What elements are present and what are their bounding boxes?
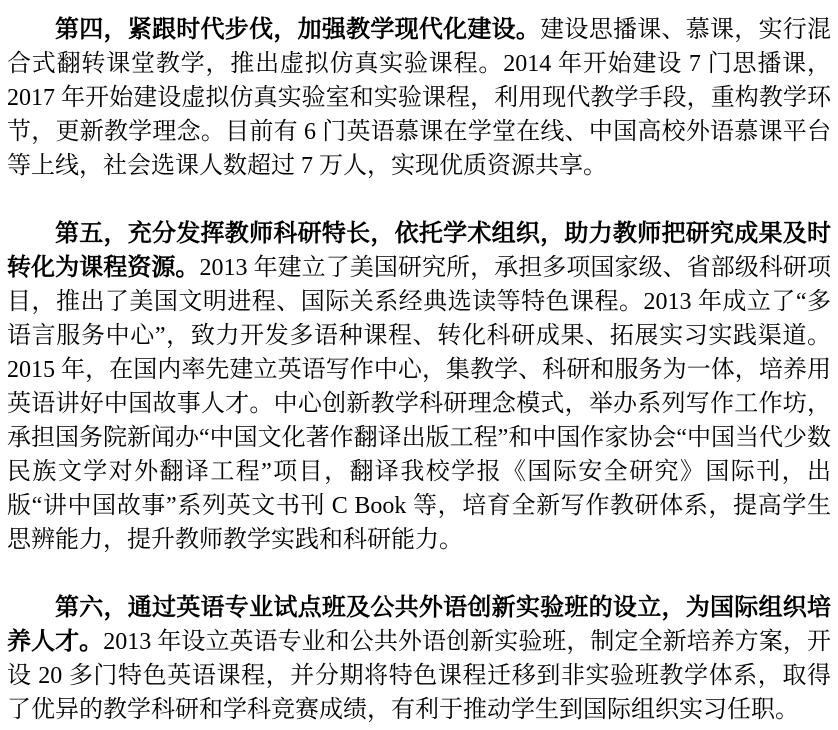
paragraph-five-body: 2013 年建立了美国研究所，承担多项国家级、省部级科研项目，推出了美国文明进程… [7, 255, 831, 553]
paragraph-six-body: 2013 年设立英语专业和公共外语创新实验班，制定全新培养方案，开设 20 多门… [7, 629, 831, 723]
paragraph-five: 第五，充分发挥教师科研特长，依托学术组织，助力教师把研究成果及时转化为课程资源。… [7, 217, 831, 557]
paragraph-four-lead: 第四，紧跟时代步伐，加强教学现代化建设。 [55, 17, 540, 43]
paragraph-six: 第六，通过英语专业试点班及公共外语创新实验班的设立，为国际组织培养人才。2013… [7, 591, 831, 727]
paragraph-four: 第四，紧跟时代步伐，加强教学现代化建设。建设思播课、慕课，实行混合式翻转课堂教学… [7, 13, 831, 183]
document-page: 第四，紧跟时代步伐，加强教学现代化建设。建设思播课、慕课，实行混合式翻转课堂教学… [0, 0, 838, 730]
